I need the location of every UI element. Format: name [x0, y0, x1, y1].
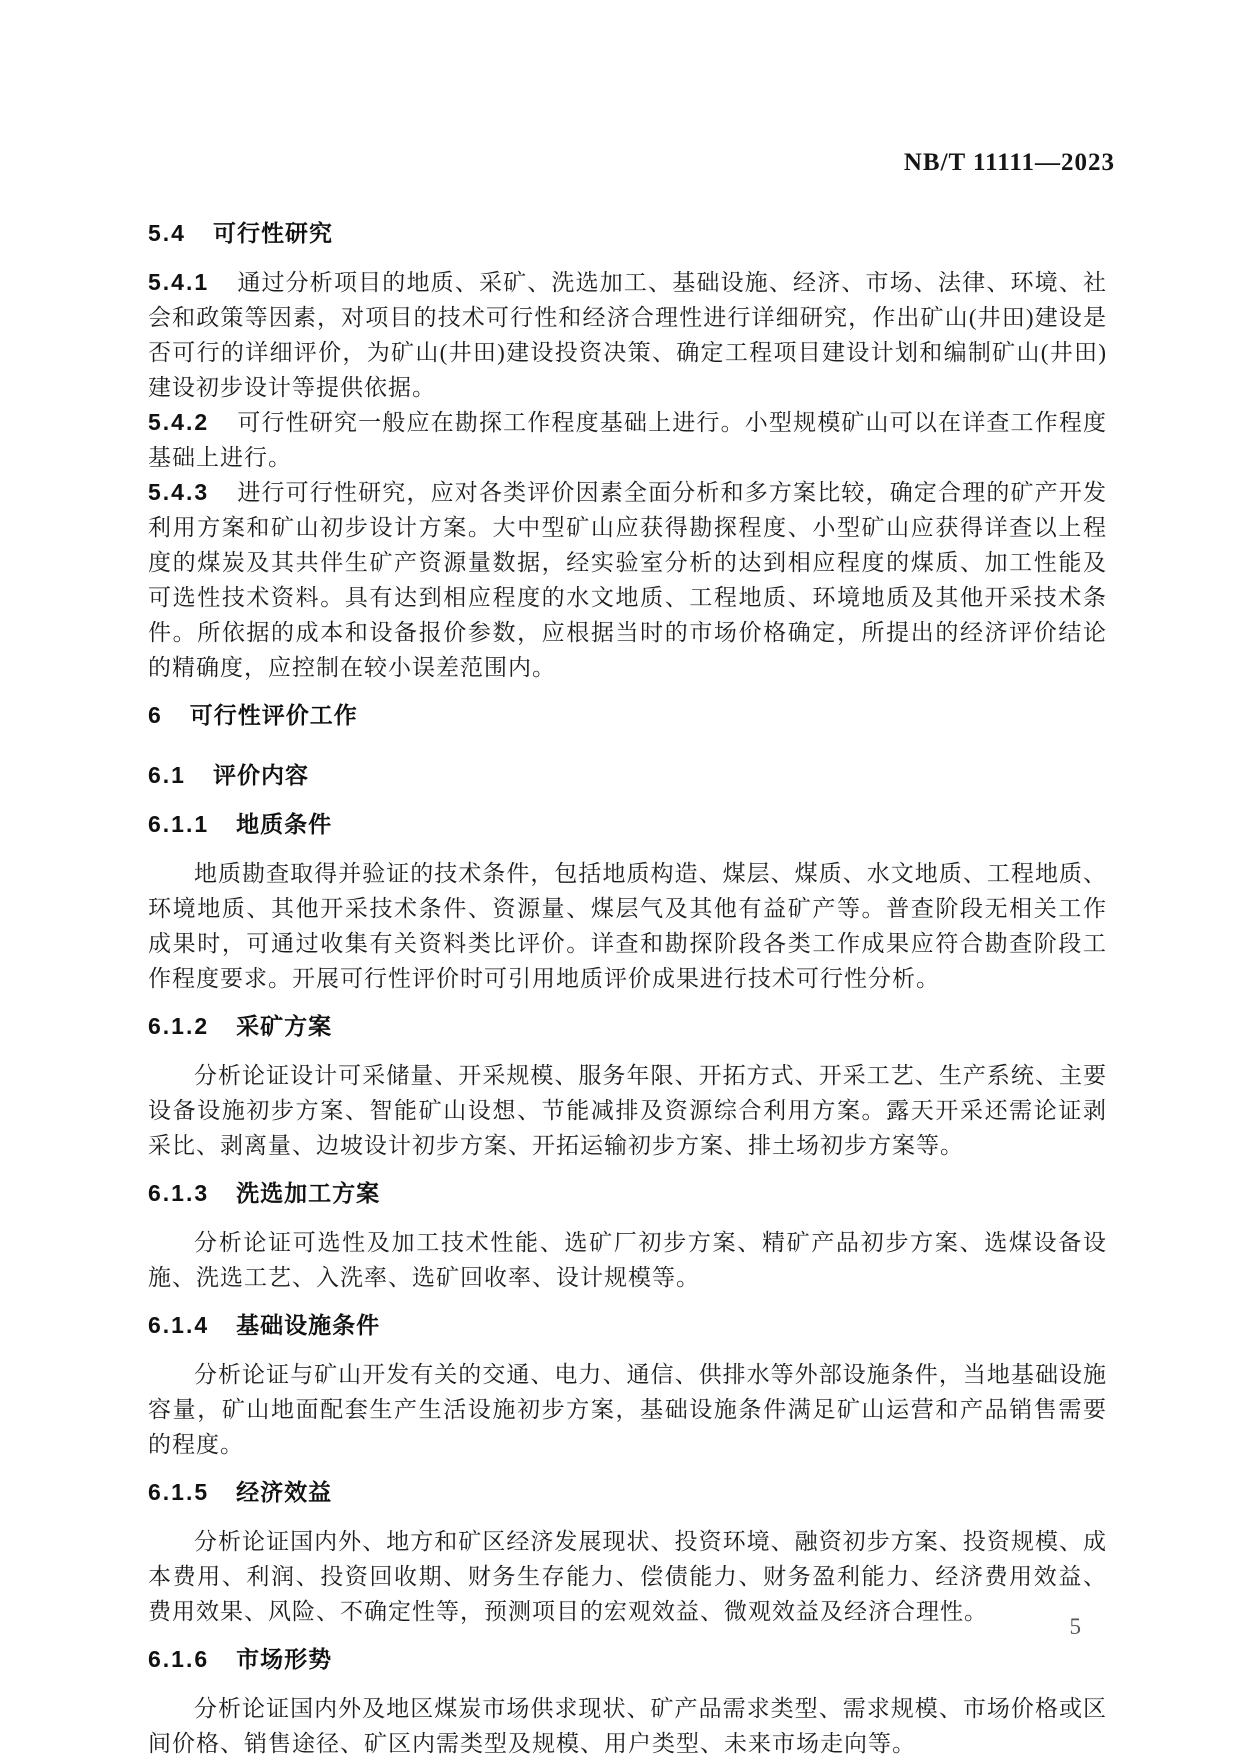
heading-number: 6: [148, 702, 163, 728]
document-page: NB/T 11111—2023 5.4可行性研究 5.4.1通过分析项目的地质、…: [0, 0, 1241, 1755]
paragraph-6-1-5: 分析论证国内外、地方和矿区经济发展现状、投资环境、融资初步方案、投资规模、成本费…: [148, 1524, 1107, 1629]
heading-title: 洗选加工方案: [236, 1180, 380, 1206]
heading-number: 6.1.5: [148, 1479, 209, 1505]
clause-5-4-1: 5.4.1通过分析项目的地质、采矿、洗选加工、基础设施、经济、市场、法律、环境、…: [148, 265, 1107, 405]
clause-5-4-2: 5.4.2可行性研究一般应在勘探工作程度基础上进行。小型规模矿山可以在详查工作程…: [148, 405, 1107, 475]
clause-text: 通过分析项目的地质、采矿、洗选加工、基础设施、经济、市场、法律、环境、社会和政策…: [148, 270, 1107, 400]
paragraph-6-1-1: 地质勘查取得并验证的技术条件，包括地质构造、煤层、煤质、水文地质、工程地质、环境…: [148, 856, 1107, 996]
section-heading-6-1: 6.1评价内容: [148, 758, 1107, 793]
section-heading-6-1-3: 6.1.3洗选加工方案: [148, 1176, 1107, 1211]
heading-title: 可行性研究: [213, 220, 333, 246]
clause-text: 可行性研究一般应在勘探工作程度基础上进行。小型规模矿山可以在详查工作程度基础上进…: [148, 410, 1107, 470]
heading-number: 6.1.1: [148, 811, 209, 837]
standard-number-header: NB/T 11111—2023: [148, 148, 1115, 178]
paragraph-6-1-3: 分析论证可选性及加工技术性能、选矿厂初步方案、精矿产品初步方案、选煤设备设施、洗…: [148, 1225, 1107, 1295]
section-heading-6-1-4: 6.1.4基础设施条件: [148, 1308, 1107, 1343]
heading-number: 6.1: [148, 762, 186, 788]
heading-title: 评价内容: [213, 762, 309, 788]
paragraph-6-1-2: 分析论证设计可采储量、开采规模、服务年限、开拓方式、开采工艺、生产系统、主要设备…: [148, 1058, 1107, 1163]
section-heading-6-1-5: 6.1.5经济效益: [148, 1475, 1107, 1510]
heading-title: 经济效益: [236, 1479, 332, 1505]
section-heading-6-1-2: 6.1.2采矿方案: [148, 1009, 1107, 1044]
section-heading-6-1-1: 6.1.1地质条件: [148, 807, 1107, 842]
clause-text: 进行可行性研究，应对各类评价因素全面分析和多方案比较，确定合理的矿产开发利用方案…: [148, 480, 1107, 680]
clause-5-4-3: 5.4.3进行可行性研究，应对各类评价因素全面分析和多方案比较，确定合理的矿产开…: [148, 475, 1107, 685]
section-heading-6-1-6: 6.1.6市场形势: [148, 1642, 1107, 1677]
heading-number: 6.1.4: [148, 1312, 209, 1338]
heading-number: 6.1.6: [148, 1646, 209, 1672]
page-number: 5: [1070, 1612, 1082, 1642]
clause-number: 5.4.2: [148, 409, 209, 435]
heading-title: 市场形势: [236, 1646, 332, 1672]
clause-number: 5.4.1: [148, 269, 209, 295]
heading-number: 6.1.2: [148, 1013, 209, 1039]
page-content: NB/T 11111—2023 5.4可行性研究 5.4.1通过分析项目的地质、…: [148, 148, 1107, 1755]
heading-title: 基础设施条件: [236, 1312, 380, 1338]
heading-title: 地质条件: [236, 811, 332, 837]
heading-number: 5.4: [148, 220, 186, 246]
section-heading-5-4: 5.4可行性研究: [148, 216, 1107, 251]
paragraph-6-1-6: 分析论证国内外及地区煤炭市场供求现状、矿产品需求类型、需求规模、市场价格或区间价…: [148, 1691, 1107, 1755]
heading-title: 采矿方案: [236, 1013, 332, 1039]
chapter-heading-6: 6可行性评价工作: [148, 698, 1107, 733]
paragraph-6-1-4: 分析论证与矿山开发有关的交通、电力、通信、供排水等外部设施条件，当地基础设施容量…: [148, 1357, 1107, 1462]
heading-number: 6.1.3: [148, 1180, 209, 1206]
heading-title: 可行性评价工作: [190, 702, 358, 728]
clause-number: 5.4.3: [148, 479, 209, 505]
